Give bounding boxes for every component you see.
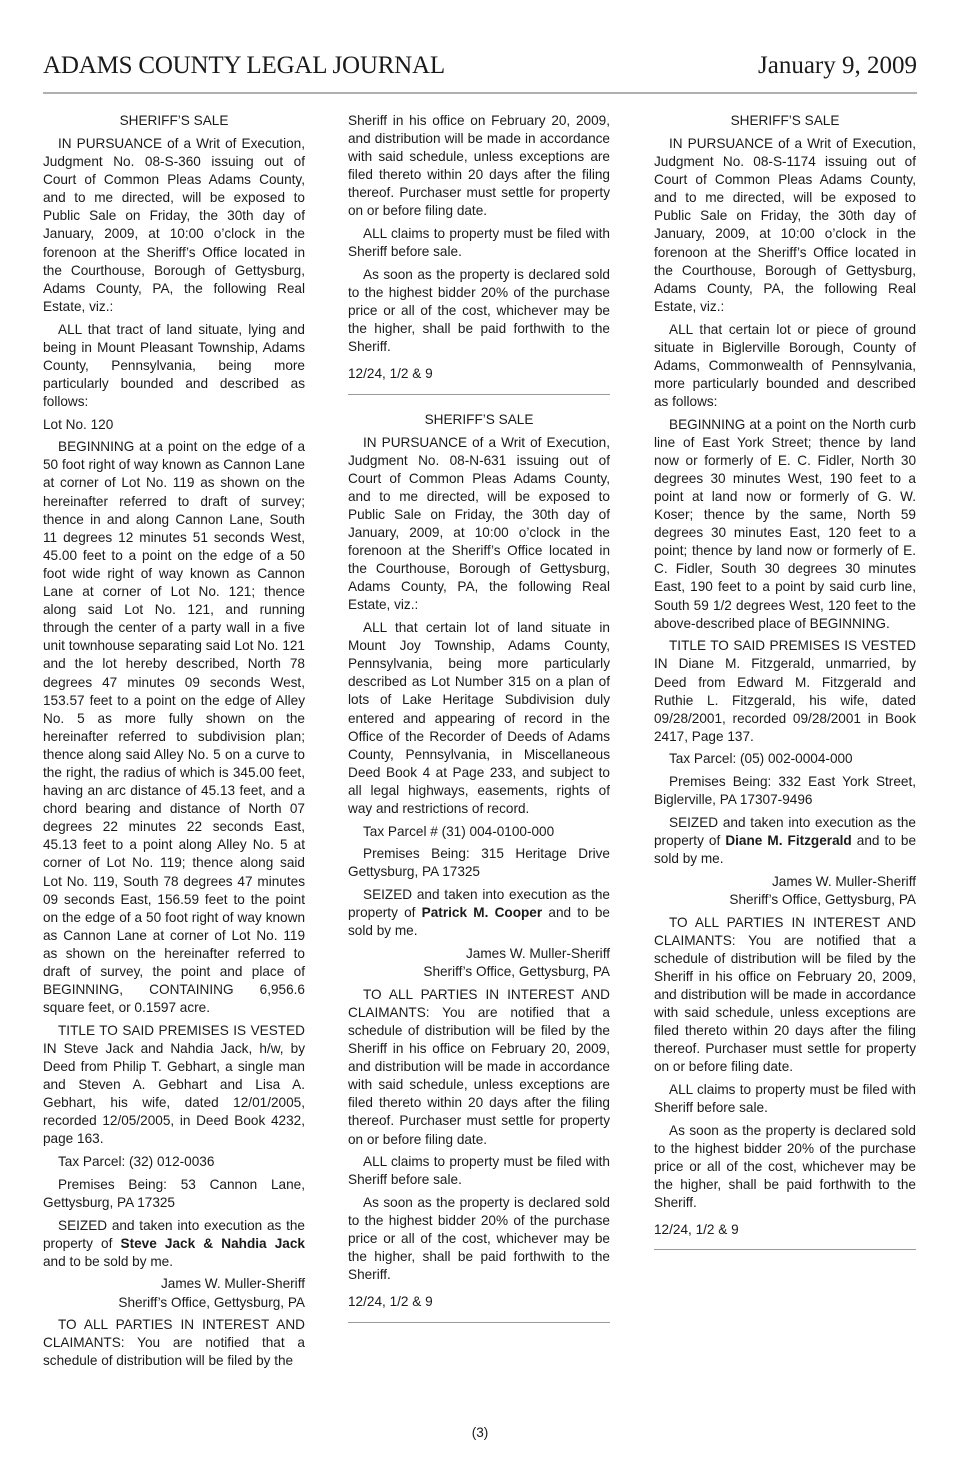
tax-parcel: Tax Parcel: (32) 012-0036 [43, 1153, 305, 1171]
sheriff-office: Sheriff’s Office, Gettysburg, PA [348, 963, 610, 981]
claimants-notice: TO ALL PARTIES IN INTEREST AND CLAIMANTS… [654, 914, 916, 1077]
boundary-description: BEGINNING at a point on the North curb l… [654, 416, 916, 633]
notice-divider [654, 1249, 916, 1250]
column-2: Sheriff in his office on February 20, 20… [348, 112, 610, 1339]
tax-parcel: Tax Parcel # (31) 004-0100-000 [348, 823, 610, 841]
claimants-notice: TO ALL PARTIES IN INTEREST AND CLAIMANTS… [43, 1316, 305, 1370]
notice-divider [348, 394, 610, 395]
payment-terms: As soon as the property is declared sold… [654, 1122, 916, 1212]
sheriff-sale-notice-1: SHERIFF’S SALE IN PURSUANCE of a Writ of… [43, 112, 305, 1371]
premises-address: Premises Being: 332 East York Street, Bi… [654, 773, 916, 809]
run-dates: 12/24, 1/2 & 9 [654, 1221, 916, 1239]
title-vesting: TITLE TO SAID PREMISES IS VEST­ED IN Ste… [43, 1022, 305, 1149]
notice-heading: SHERIFF’S SALE [654, 112, 916, 130]
property-description: ALL that certain lot or piece of ground … [654, 321, 916, 411]
payment-terms: As soon as the property is declared sold… [348, 1194, 610, 1284]
boundary-description: BEGINNING at a point on the edge of a 50… [43, 438, 305, 1017]
sheriff-office: Sheriff’s Office, Gettysburg, PA [654, 891, 916, 909]
sheriff-signature: James W. Muller-Sheriff Sheriff’s Office… [654, 873, 916, 909]
tax-parcel: Tax Parcel: (05) 002-0004-000 [654, 750, 916, 768]
property-owner: Patrick M. Cooper [422, 905, 542, 920]
property-owner: Diane M. Fitzgerald [725, 833, 851, 848]
page-header: ADAMS COUNTY LEGAL JOURNAL January 9, 20… [43, 52, 917, 94]
title-vesting: TITLE TO SAID PREMISES IS VEST­ED IN Dia… [654, 637, 916, 746]
lot-number: Lot No. 120 [43, 416, 305, 434]
property-owner: Steve Jack & Nahdia Jack [121, 1236, 305, 1251]
pursuance-paragraph: IN PURSUANCE of a Writ of Execu­tion, Ju… [348, 434, 610, 615]
notice-heading: SHERIFF’S SALE [43, 112, 305, 130]
pursuance-paragraph: IN PURSUANCE of a Writ of Execu­tion, Ju… [43, 135, 305, 316]
property-description: ALL that certain lot of land situate in … [348, 619, 610, 818]
page-number: (3) [0, 1425, 960, 1440]
notice-heading: SHERIFF’S SALE [348, 411, 610, 429]
property-description: ALL that tract of land situate, lying an… [43, 321, 305, 411]
sheriff-name: James W. Muller-Sheriff [348, 945, 610, 963]
sheriff-office: Sheriff’s Office, Gettysburg, PA [43, 1294, 305, 1312]
claims-statement: ALL claims to property must be filed wit… [348, 225, 610, 261]
premises-address: Premises Being: 315 Heritage Drive Getty… [348, 845, 610, 881]
column-1: SHERIFF’S SALE IN PURSUANCE of a Writ of… [43, 112, 305, 1375]
sheriff-sale-notice-3: SHERIFF’S SALE IN PURSUANCE of a Writ of… [654, 112, 916, 1250]
seized-text-end: and to be sold by me. [43, 1254, 173, 1269]
premises-address: Premises Being: 53 Cannon Lane, Gettysbu… [43, 1176, 305, 1212]
sheriff-name: James W. Muller-Sheriff [654, 873, 916, 891]
payment-terms: As soon as the property is declared sold… [348, 266, 610, 356]
seized-statement: SEIZED and taken into execution as the p… [654, 814, 916, 868]
claims-statement: ALL claims to property must be filed wit… [654, 1081, 916, 1117]
sheriff-signature: James W. Muller-Sheriff Sheriff’s Office… [348, 945, 610, 981]
claims-statement: ALL claims to property must be filed wit… [348, 1153, 610, 1189]
column-3: SHERIFF’S SALE IN PURSUANCE of a Writ of… [654, 112, 916, 1266]
journal-title: ADAMS COUNTY LEGAL JOURNAL [43, 52, 445, 80]
sheriff-signature: James W. Muller-Sheriff Sheriff’s Office… [43, 1275, 305, 1311]
run-dates: 12/24, 1/2 & 9 [348, 365, 610, 383]
claimants-notice-continued: Sheriff in his office on February 20, 20… [348, 112, 610, 221]
sheriff-sale-notice-2: SHERIFF’S SALE IN PURSUANCE of a Writ of… [348, 411, 610, 1323]
pursuance-paragraph: IN PURSUANCE of a Writ of Execu­tion, Ju… [654, 135, 916, 316]
sheriff-name: James W. Muller-Sheriff [43, 1275, 305, 1293]
run-dates: 12/24, 1/2 & 9 [348, 1293, 610, 1311]
seized-statement: SEIZED and taken into execution as the p… [43, 1217, 305, 1271]
notice-divider [348, 1322, 610, 1323]
seized-statement: SEIZED and taken into execution as the p… [348, 886, 610, 940]
sheriff-sale-notice-1-continued: Sheriff in his office on February 20, 20… [348, 112, 610, 395]
issue-date: January 9, 2009 [758, 52, 917, 80]
claimants-notice: TO ALL PARTIES IN INTEREST AND CLAIMANTS… [348, 986, 610, 1149]
